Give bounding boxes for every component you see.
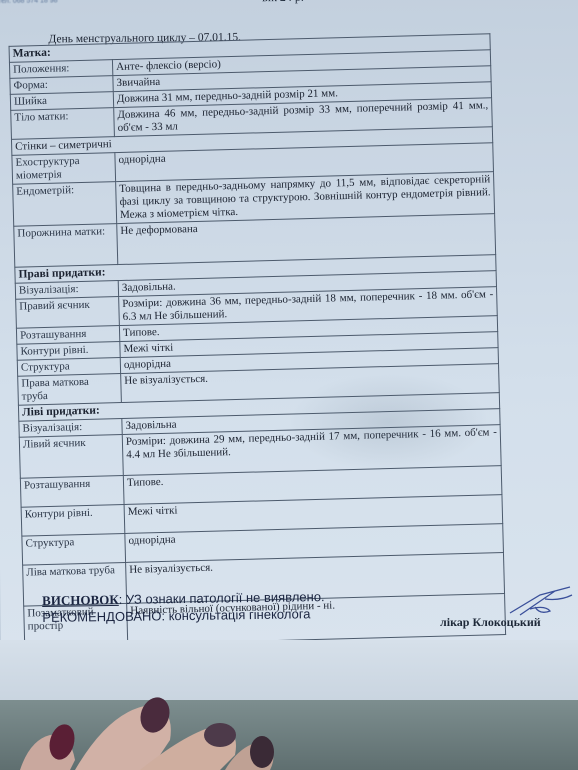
row-label: Структура <box>22 533 126 565</box>
doctor-title: лікар <box>440 615 469 629</box>
phone-number: тел. 068 574 18 98 <box>0 0 58 5</box>
doctor-name: Клокоцький <box>472 615 540 629</box>
hand-fingers-icon <box>0 680 300 770</box>
row-label: Порожнина матки: <box>14 224 118 268</box>
conclusion-label: ВИСНОВОК <box>42 592 119 608</box>
row-label: Тіло матки: <box>11 108 115 140</box>
conclusion-block: ВИСНОВОК: УЗ ознаки патології не виявлен… <box>42 588 325 626</box>
row-label: Розташування <box>20 475 124 507</box>
row-label: Ендометрій: <box>13 182 117 227</box>
conclusion-text: : УЗ ознаки патології не виявлено. <box>119 589 325 607</box>
ultrasound-report-table: Матка: Положення: Анте- флексіо (версіо)… <box>9 33 507 647</box>
row-label: Контури рівні. <box>21 504 125 536</box>
patient-age: вік 24 р. <box>262 0 304 5</box>
row-label: Правий яєчник <box>16 297 120 329</box>
row-label: Права маткова труба <box>18 374 122 406</box>
row-label: Лівий яєчник <box>19 435 123 479</box>
doctor-signature-line: лікар Клокоцький <box>440 615 541 630</box>
row-label: Ехоструктура міометрія <box>12 153 116 185</box>
